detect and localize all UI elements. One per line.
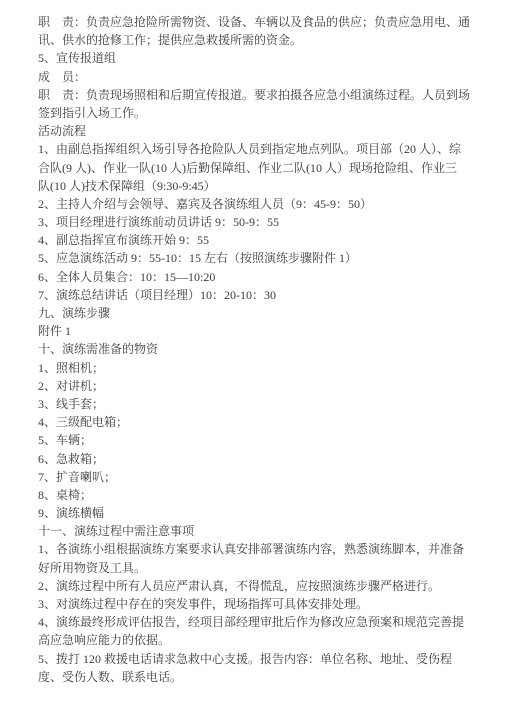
doc-list-item: 8、桌椅； — [38, 486, 478, 504]
doc-line: 6、全体人员集合：10：15—10:20 — [38, 268, 478, 286]
doc-list-item: 4、三级配电箱； — [38, 413, 478, 431]
doc-line: 2、演练过程中所有人员应严肃认真，不得慌乱，应按照演练步骤严格进行。 — [38, 577, 478, 595]
doc-line: 高应急响应能力的依据。 — [38, 631, 478, 649]
doc-line: 讯、供水的抢修工作；提供应急救援所需的资金。 — [38, 31, 478, 49]
doc-section-heading: 九、演练步骤 — [38, 304, 478, 322]
doc-line: 3、项目经理进行演练前动员讲话 9：50-9：55 — [38, 213, 478, 231]
doc-line: 7、演练总结讲话（项目经理）10：20-10：30 — [38, 286, 478, 304]
doc-section-heading: 十、演练需准备的物资 — [38, 340, 478, 358]
doc-line: 成 员： — [38, 68, 478, 86]
doc-list-item: 2、对讲机； — [38, 377, 478, 395]
doc-list-item: 3、线手套； — [38, 395, 478, 413]
document-page: 职 责：负责应急抢险所需物资、设备、车辆以及食品的供应；负责应急用电、通 讯、供… — [0, 0, 530, 720]
doc-list-item: 1、照相机； — [38, 359, 478, 377]
doc-line: 队(10 人)技术保障组（9:30-9:45） — [38, 177, 478, 195]
doc-list-item: 6、急救箱； — [38, 450, 478, 468]
doc-line: 合队(9 人)、作业一队(10 人)后勤保障组、作业二队(10 人）现场抢险组、… — [38, 159, 478, 177]
doc-list-item: 7、扩音喇叭； — [38, 468, 478, 486]
doc-line: 4、演练最终形成评估报告，经项目部经理审批后作为修改应急预案和规范完善提 — [38, 613, 478, 631]
document-text-block: 职 责：负责应急抢险所需物资、设备、车辆以及食品的供应；负责应急用电、通 讯、供… — [38, 13, 478, 686]
doc-line: 好所用物资及工具。 — [38, 559, 478, 577]
doc-list-item: 5、车辆； — [38, 431, 478, 449]
doc-line: 1、由副总指挥组织入场引导各抢险队人员到指定地点列队。项目部（20 人）、综 — [38, 140, 478, 158]
doc-line: 职 责：负责应急抢险所需物资、设备、车辆以及食品的供应；负责应急用电、通 — [38, 13, 478, 31]
doc-list-item: 9、演练横幅 — [38, 504, 478, 522]
doc-line: 职 责：负责现场照相和后期宣传报道。要求拍摄各应急小组演练过程。人员到场 — [38, 86, 478, 104]
doc-line: 1、各演练小组根据演练方案要求认真安排部署演练内容，熟悉演练脚本，并准备 — [38, 540, 478, 558]
doc-line: 5、宣传报道组 — [38, 49, 478, 67]
doc-section-heading: 十一、演练过程中需注意事项 — [38, 522, 478, 540]
doc-attachment-label: 附件 1 — [38, 322, 478, 340]
doc-line: 4、副总指挥宣布演练开始 9：55 — [38, 231, 478, 249]
doc-line: 3、对演练过程中存在的突发事件，现场指挥可具体安排处理。 — [38, 595, 478, 613]
doc-line: 5、应急演练活动 9：55-10：15 左右（按照演练步骤附件 1） — [38, 249, 478, 267]
doc-line: 5、拨打 120 救援电话请求急救中心支援。报告内容：单位名称、地址、受伤程 — [38, 650, 478, 668]
doc-line: 度、受伤人数、联系电话。 — [38, 668, 478, 686]
doc-line: 2、主持人介绍与会领导、嘉宾及各演练组人员（9：45-9：50） — [38, 195, 478, 213]
doc-section-heading: 活动流程 — [38, 122, 478, 140]
doc-line: 签到指引入场工作。 — [38, 104, 478, 122]
